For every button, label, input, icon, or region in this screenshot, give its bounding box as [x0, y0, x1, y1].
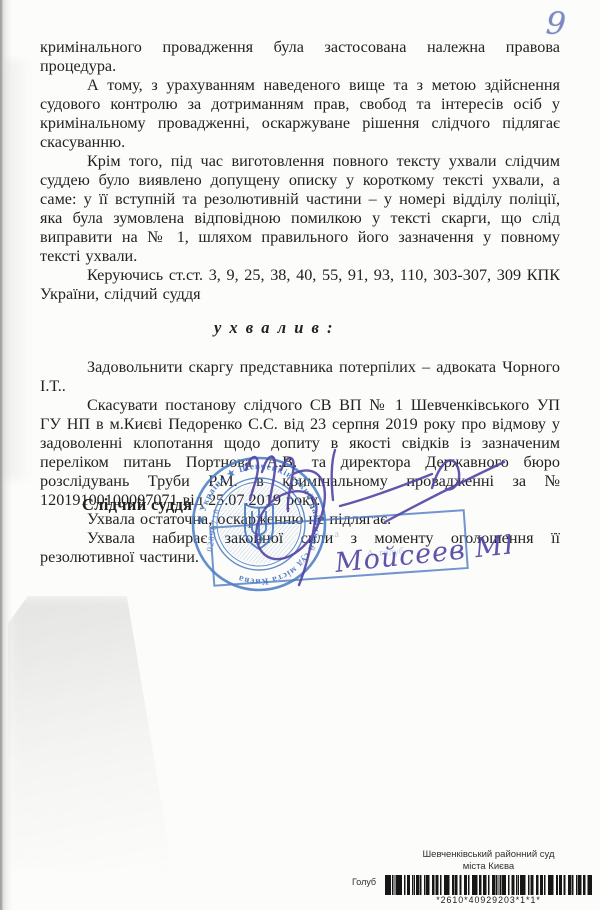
ruling-paragraph: Задовольнити скаргу представника потерпі… [40, 358, 560, 396]
paragraph: Крім того, під час виготовлення повного … [40, 152, 560, 266]
barcode-court-name-line1: Шевченківський районний суд [385, 849, 592, 860]
ruling-heading: у х в а л и в : [14, 318, 534, 337]
stamps-and-signatures: і т...а А. голуб ★ Україна ★ Шевченківсь… [130, 428, 510, 638]
paragraph: Керуючись ст.ст. 3, 9, 25, 38, 40, 55, 9… [40, 266, 560, 304]
barcode-value: *2610*40929203*1*1* [385, 895, 592, 905]
barcode-stripes [385, 875, 592, 895]
scanned-court-ruling-page: 9 кримінального провадження була застосо… [0, 0, 600, 910]
paragraph-continuation: кримінального провадження була застосова… [40, 38, 560, 76]
bleedthrough-artifact-top [6, 60, 32, 480]
paragraph: А тому, з урахуванням наведеного вище та… [40, 76, 560, 152]
court-barcode-block: Голуб Шевченківський районний суд міста … [352, 849, 594, 907]
barcode-side-label: Голуб [352, 877, 376, 887]
barcode-court-name-line2: міста Києва [385, 861, 592, 872]
